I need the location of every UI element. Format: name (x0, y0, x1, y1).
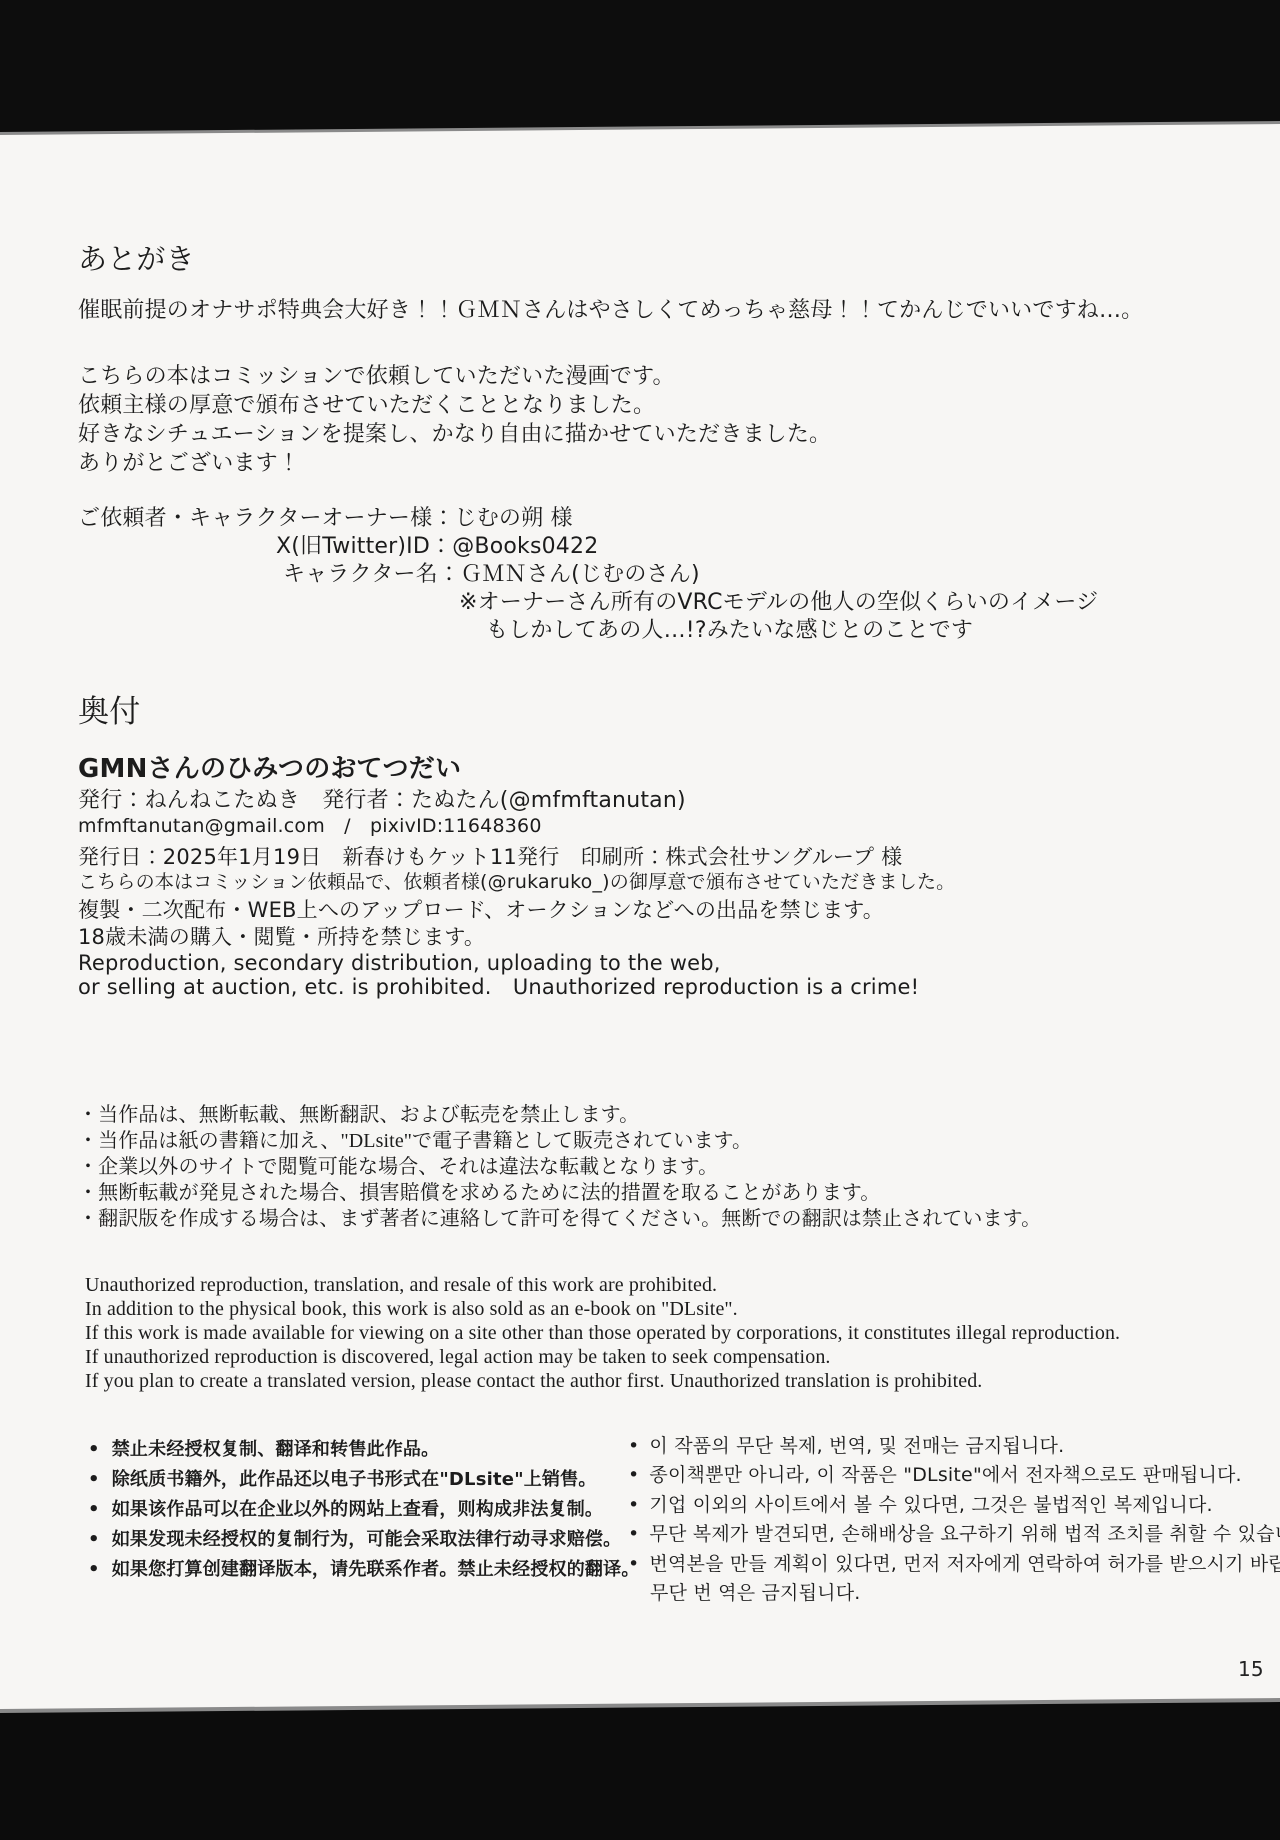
notice-en-line: If this work is made available for viewi… (85, 1322, 1120, 1345)
notice-zh-line: 除纸质书籍外，此作品还以电子书形式在"DLsite"上销售。 (88, 1470, 597, 1491)
notice-ko-line: 종이책뿐만 아니라, 이 작품은 "DLsite"에서 전자책으로도 판매됩니다… (628, 1465, 1242, 1487)
notice-zh-line: 如果该作品可以在企业以外的网站上查看，则构成非法复制。 (88, 1500, 603, 1521)
contact-line: mfmftanutan@gmail.com / pixivID:11648360 (78, 816, 542, 838)
notice-ja-line: ・当作品は紙の書籍に加え、"DLsite"で電子書籍として販売されています。 (78, 1130, 752, 1153)
afterword-body-line: こちらの本はコミッションで依頼していただいた漫画です。 (78, 364, 675, 389)
scanned-doujinshi-page: あとがき 催眠前提のオナサポ特典会大好き！！ＧＭＮさんはやさしくてめっちゃ慈母！… (0, 0, 1280, 1840)
character-note-line: ※オーナーさん所有のVRCモデルの他人の空似くらいのイメージ (459, 590, 1098, 615)
afterword-body-line: 依頼主様の厚意で頒布させていただくこととなりました。 (78, 393, 655, 418)
notice-ko-line: 번역본을 만들 계획이 있다면, 먼저 저자에게 연락하여 허가를 받으시기 바… (628, 1554, 1280, 1576)
character-name-line: キャラクター名：ＧＭＮさん(じむのさん) (283, 562, 700, 587)
notice-zh-line: 如果您打算创建翻译版本，请先联系作者。禁止未经授权的翻译。 (88, 1560, 640, 1581)
afterword-body-line: 好きなシチュエーションを提案し、かなり自由に描かせていただきました。 (78, 422, 831, 447)
notice-ko-line: 무단 복제가 발견되면, 손해배상을 요구하기 위해 법적 조치를 취할 수 있… (628, 1524, 1280, 1546)
notice-ja-line: ・無断転載が発見された場合、損害賠償を求めるために法的措置を取ることがあります。 (78, 1182, 880, 1205)
character-note-line: もしかしてあの人…!?みたいな感じとのことです (486, 618, 973, 643)
notice-en-line: If unauthorized reproduction is discover… (85, 1346, 831, 1369)
notice-en-line: In addition to the physical book, this w… (85, 1298, 738, 1321)
notice-en-line: Unauthorized reproduction, translation, … (85, 1274, 717, 1297)
notice-zh-line: 禁止未经授权复制、翻译和转售此作品。 (88, 1440, 439, 1461)
notice-ja-line: ・企業以外のサイトで閲覧可能な場合、それは違法な転載となります。 (78, 1156, 718, 1179)
notice-zh-line: 如果发现未经授权的复制行为，可能会采取法律行动寻求赔偿。 (88, 1530, 621, 1551)
age-restriction-line-ja: 18歳未満の購入・閲覧・所持を禁じます。 (78, 925, 485, 949)
notice-ja-line: ・当作品は、無断転載、無断翻訳、および転売を禁止します。 (78, 1104, 639, 1127)
notice-ko-line: 이 작품의 무단 복제, 번역, 및 전매는 금지됩니다. (628, 1436, 1064, 1458)
notice-en-line: If you plan to create a translated versi… (85, 1370, 982, 1393)
afterword-body-line: ありがとございます！ (78, 451, 300, 476)
notice-ko-continuation-line: 무단 번 역은 금지됩니다. (650, 1583, 861, 1605)
book-title: GMNさんのひみつのおてつだい (78, 755, 461, 785)
page-number: 15 (1238, 1658, 1264, 1681)
client-owner-line: ご依頼者・キャラクターオーナー様：じむの朔 様 (78, 506, 573, 531)
commission-credit-line: こちらの本はコミッション依頼品で、依頼者様(@rukaruko_)の御厚意で頒布… (78, 872, 955, 894)
prohibition-line-ja: 複製・二次配布・WEB上へのアップロード、オークションなどへの出品を禁じます。 (78, 898, 884, 922)
publication-date-line: 発行日：2025年1月19日 新春けもケット11発行 印刷所：株式会社サングルー… (78, 845, 902, 869)
notice-ja-line: ・翻訳版を作成する場合は、まず著者に連絡して許可を得てください。無断での翻訳は禁… (78, 1208, 1041, 1231)
afterword-heading: あとがき (78, 243, 195, 276)
publisher-line: 発行：ねんねこたぬき 発行者：たぬたん(@mfmftanutan) (78, 788, 686, 813)
notice-ko-line: 기업 이외의 사이트에서 볼 수 있다면, 그것은 불법적인 복제입니다. (628, 1495, 1213, 1517)
prohibition-line-en: or selling at auction, etc. is prohibite… (78, 975, 919, 999)
x-twitter-id-line: X(旧Twitter)ID：@Books0422 (276, 534, 598, 559)
afterword-intro: 催眠前提のオナサポ特典会大好き！！ＧＭＮさんはやさしくてめっちゃ慈母！！てかんじ… (78, 298, 1143, 323)
colophon-heading: 奥付 (78, 695, 140, 731)
prohibition-line-en: Reproduction, secondary distribution, up… (78, 951, 721, 975)
